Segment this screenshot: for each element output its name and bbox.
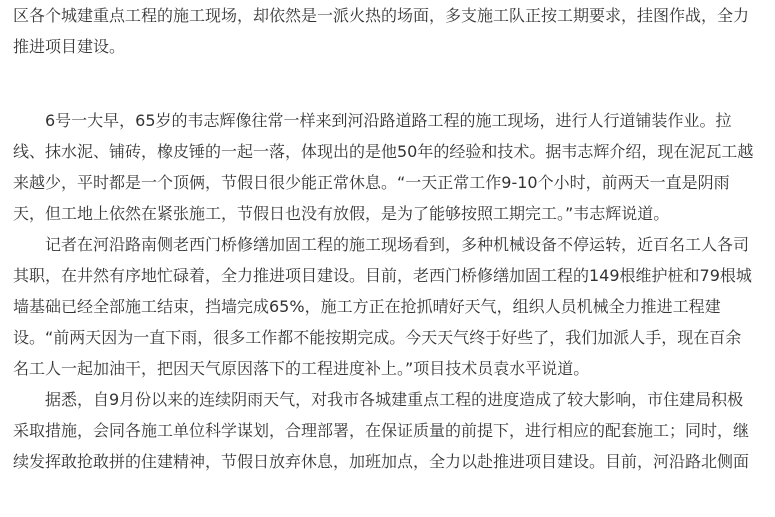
paragraph-2: 6号一大早，65岁的韦志辉像往常一样来到河沿路道路工程的施工现场，进行人行道铺装…: [13, 105, 763, 229]
text-line: 续发挥敢抢敢拼的住建精神，节假日放弃休息，加班加点，全力以赴推进项目建设。目前，…: [13, 446, 763, 477]
text-line: 来越少，平时都是一个顶俩，节假日很少能正常休息。“一天正常工作9-10个小时，前…: [13, 167, 763, 198]
text-line: 设。“前两天因为一直下雨，很多工作都不能按期完成。今天天气终于好些了，我们加派人…: [13, 322, 763, 353]
text-line: 6号一大早，65岁的韦志辉像往常一样来到河沿路道路工程的施工现场，进行人行道铺装…: [13, 105, 763, 136]
text-line: 其职，在井然有序地忙碌着，全力推进项目建设。目前，老西门桥修缮加固工程的149根…: [13, 260, 763, 291]
text-line: 据悉，自9月份以来的连续阴雨天气，对我市各城建重点工程的进度造成了较大影响，市住…: [13, 384, 763, 415]
paragraph-1: 区各个城建重点工程的施工现场，却依然是一派火热的场面，多支施工队正按工期要求，挂…: [13, 0, 763, 62]
text-line: 名工人一起加油干，把因天气原因落下的工程进度补上。”项目技术员袁水平说道。: [13, 353, 763, 384]
paragraph-spacer: [13, 62, 763, 105]
paragraph-4: 据悉，自9月份以来的连续阴雨天气，对我市各城建重点工程的进度造成了较大影响，市住…: [13, 384, 763, 477]
text-line: 天，但工地上依然在紧张施工，节假日也没有放假，是为了能够按照工期完工。”韦志辉说…: [13, 198, 763, 229]
text-line: 记者在河沿路南侧老西门桥修缮加固工程的施工现场看到，多种机械设备不停运转，近百名…: [13, 229, 763, 260]
text-line: 线、抹水泥、铺砖，橡皮锤的一起一落，体现出的是他50年的经验和技术。据韦志辉介绍…: [13, 136, 763, 167]
paragraph-3: 记者在河沿路南侧老西门桥修缮加固工程的施工现场看到，多种机械设备不停运转，近百名…: [13, 229, 763, 384]
text-line: 区各个城建重点工程的施工现场，却依然是一派火热的场面，多支施工队正按工期要求，挂…: [13, 0, 763, 31]
text-line: 墙基础已经全部施工结束，挡墙完成65%，施工方正在抢抓晴好天气，组织人员机械全力…: [13, 291, 763, 322]
article-body: 区各个城建重点工程的施工现场，却依然是一派火热的场面，多支施工队正按工期要求，挂…: [13, 0, 763, 477]
text-line: 采取措施，会同各施工单位科学谋划，合理部署，在保证质量的前提下，进行相应的配套施…: [13, 415, 763, 446]
text-line: 推进项目建设。: [13, 31, 763, 62]
